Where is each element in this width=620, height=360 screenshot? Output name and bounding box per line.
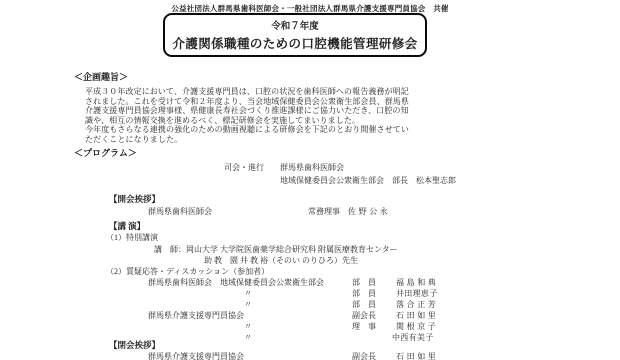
closing-name: 石 田 如 里 bbox=[396, 351, 436, 360]
document-page: 公益社団法人群馬県歯科医師会・一般社団法人群馬県介護支援専門員協会 共催 令和７… bbox=[0, 0, 620, 360]
participant-name: 福 島 和 典 bbox=[396, 277, 436, 288]
lecture-item1: （1）特別講演 bbox=[106, 232, 158, 243]
participant-name: 中西有美子 bbox=[392, 332, 434, 343]
participant-org: 群馬県介護支援専門員協会 bbox=[148, 310, 244, 321]
participant-org-ditto: 〃 bbox=[148, 299, 348, 310]
purpose-body: 平成３０年改定において、介護支援専門員は、口腔の状況を歯科医師への報告義務が明記… bbox=[85, 87, 537, 145]
participant-name: 石 田 如 里 bbox=[396, 310, 436, 321]
participant-name: 井田理恵子 bbox=[396, 288, 438, 299]
participant-title: 副会長 bbox=[352, 310, 376, 321]
closing-org: 群馬県介護支援専門員協会 bbox=[148, 351, 244, 360]
event-title: 介護関係職種のための口腔機能管理研修会 bbox=[172, 34, 417, 52]
participant-row: 〃 中西有美子 bbox=[0, 332, 620, 343]
mc-label: 司会・進行 bbox=[224, 162, 264, 173]
purpose-heading: ＜企画趣旨＞ bbox=[74, 70, 128, 83]
lecturer-name: 助 教 園 井 教 裕（そのい のりひろ）先生 bbox=[204, 255, 358, 266]
participant-org-ditto: 〃 bbox=[148, 288, 348, 299]
opening-row: 群馬県歯科医師会 常務理事 佐 野 公 永 bbox=[0, 206, 620, 217]
program-heading: ＜プログラム＞ bbox=[74, 146, 137, 159]
participant-row: 〃 理 事 関 根 京 子 bbox=[0, 321, 620, 332]
mc-detail: 地域保健委員会公衆衛生部会 部長 松本聖志郎 bbox=[280, 175, 456, 186]
participant-row: 〃 部 員 井田理恵子 bbox=[0, 288, 620, 299]
participant-title: 部 員 bbox=[352, 277, 376, 288]
opening-org: 群馬県歯科医師会 bbox=[148, 206, 212, 217]
opening-title: 常務理事 bbox=[308, 206, 340, 217]
participant-name: 関 根 京 子 bbox=[396, 321, 436, 332]
participant-org-ditto: 〃 bbox=[148, 332, 348, 343]
closing-row: 群馬県介護支援専門員協会 副会長 石 田 如 里 bbox=[0, 351, 620, 360]
title-box: 令和７年度 介護関係職種のための口腔機能管理研修会 bbox=[163, 13, 427, 57]
opening-heading: 【開会挨拶】 bbox=[109, 193, 160, 205]
participant-row: 群馬県介護支援専門員協会 副会長 石 田 如 里 bbox=[0, 310, 620, 321]
closing-heading: 【閉会挨拶】 bbox=[109, 339, 160, 351]
participant-title: 部 員 bbox=[352, 288, 376, 299]
lecture-item2: （2）質疑応答・ディスカッション（参加者） bbox=[106, 266, 269, 277]
participant-name: 落 合 正 芳 bbox=[396, 299, 436, 310]
lecturer-affiliation: 講 師：岡山大学 大学院医歯薬学総合研究科 附属医療教育センター bbox=[154, 244, 398, 255]
mc-org: 群馬県歯科医師会 bbox=[280, 162, 344, 173]
event-year: 令和７年度 bbox=[271, 18, 319, 32]
participant-row: 群馬県歯科医師会 地域保健委員会公衆衛生部会 部 員 福 島 和 典 bbox=[0, 277, 620, 288]
participant-title: 部 員 bbox=[352, 299, 376, 310]
participant-org: 群馬県歯科医師会 地域保健委員会公衆衛生部会 bbox=[148, 277, 324, 288]
opening-name: 佐 野 公 永 bbox=[348, 206, 388, 217]
participant-org-ditto: 〃 bbox=[148, 321, 348, 332]
lecture-heading: 【講 演】 bbox=[109, 220, 145, 232]
participant-title: 理 事 bbox=[352, 321, 376, 332]
participant-row: 〃 部 員 落 合 正 芳 bbox=[0, 299, 620, 310]
closing-title: 副会長 bbox=[352, 351, 376, 360]
